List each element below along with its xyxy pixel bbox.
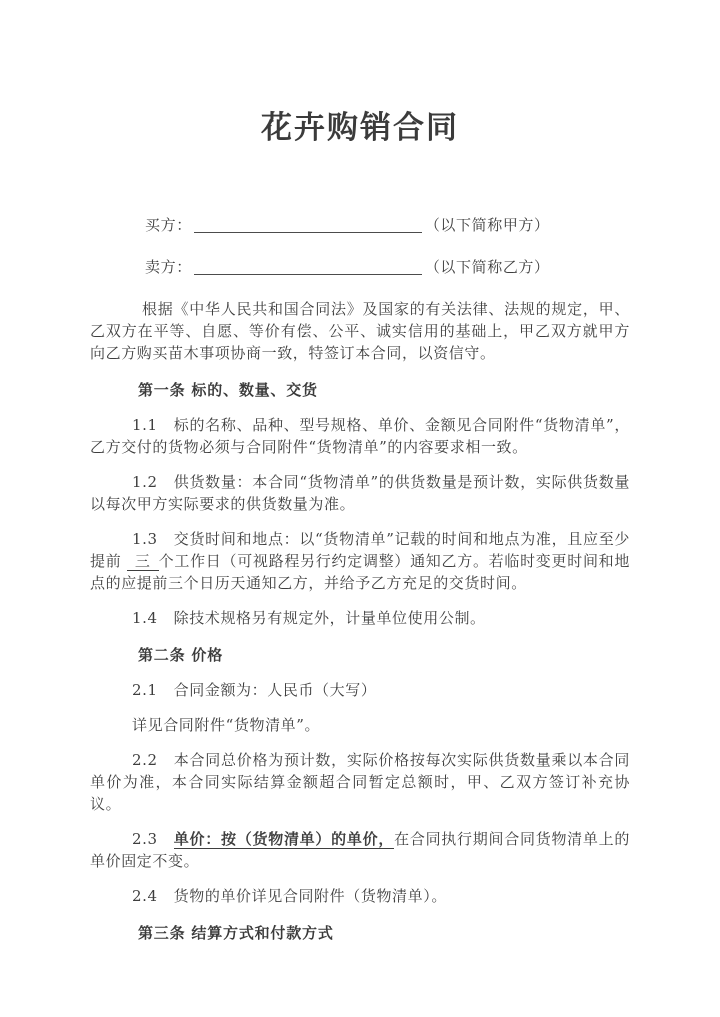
clause-number: 2.4 — [132, 887, 158, 905]
contract-document-page: 花卉购销合同 买方：（以下简称甲方） 卖方：（以下简称乙方） 根据《中华人民共和… — [0, 0, 720, 1017]
clause-2-3: 2.3单价：按（货物清单）的单价，在合同执行期间合同货物清单上的单价固定不变。 — [90, 828, 630, 872]
clause-number: 2.1 — [132, 681, 158, 699]
document-title: 花卉购销合同 — [90, 104, 630, 152]
clause-text: 标的名称、品种、型号规格、单价、金额见合同附件“货物清单”，乙方交付的货物必须与… — [90, 416, 630, 456]
clause-number: 1.3 — [132, 530, 158, 548]
seller-alias: （以下简称乙方） — [425, 258, 550, 276]
clause-text: 个工作日（可视路程另行约定调整）通知乙方。若临时变更时间和地点的应提前三个日历天… — [90, 552, 630, 592]
clause-text: 货物的单价详见合同附件（货物清单）。 — [174, 887, 447, 905]
buyer-alias: （以下简称甲方） — [425, 216, 550, 234]
clause-2-1: 2.1合同金额为：人民币（大写） — [90, 679, 630, 701]
clause-2-1-note: 详见合同附件“货物清单”。 — [90, 714, 630, 736]
clause-text: 详见合同附件“货物清单”。 — [132, 716, 320, 734]
clause-1-1: 1.1标的名称、品种、型号规格、单价、金额见合同附件“货物清单”，乙方交付的货物… — [90, 414, 630, 458]
preamble-paragraph: 根据《中华人民共和国合同法》及国家的有关法律、法规的规定，甲、乙双方在平等、自愿… — [90, 298, 630, 364]
clause-number: 1.2 — [132, 473, 158, 491]
clause-number: 1.4 — [132, 609, 158, 627]
clause-emphasized-text: 单价：按（货物清单）的单价， — [174, 830, 394, 849]
clause-text: 合同金额为：人民币（大写） — [174, 681, 377, 699]
buyer-name-blank — [194, 218, 422, 233]
party-line-buyer: 买方：（以下简称甲方） — [90, 214, 630, 236]
section-heading-1: 第一条 标的、数量、交货 — [90, 379, 630, 401]
section-heading-2: 第二条 价格 — [90, 644, 630, 666]
work-days-blank: 三 — [127, 552, 159, 571]
clause-number: 2.2 — [132, 751, 158, 769]
clause-1-3: 1.3交货时间和地点：以“货物清单”记载的时间和地点为准，且应至少提前 三个工作… — [90, 528, 630, 594]
seller-name-blank — [194, 260, 422, 275]
clause-text: 除技术规格另有规定外，计量单位使用公制。 — [174, 609, 486, 627]
seller-label: 卖方： — [145, 258, 192, 276]
clause-text: 本合同总价格为预计数，实际价格按每次实际供货数量乘以本合同单价为准，本合同实际结… — [90, 751, 630, 813]
clause-text: 供货数量：本合同“货物清单”的供货数量是预计数，实际供货数量以每次甲方实际要求的… — [90, 473, 630, 513]
clause-number: 1.1 — [132, 416, 158, 434]
clause-2-4: 2.4货物的单价详见合同附件（货物清单）。 — [90, 885, 630, 907]
clause-1-2: 1.2供货数量：本合同“货物清单”的供货数量是预计数，实际供货数量以每次甲方实际… — [90, 471, 630, 515]
clause-number: 2.3 — [132, 830, 158, 848]
section-heading-3: 第三条 结算方式和付款方式 — [90, 922, 630, 944]
clause-1-4: 1.4除技术规格另有规定外，计量单位使用公制。 — [90, 607, 630, 629]
clause-2-2: 2.2本合同总价格为预计数，实际价格按每次实际供货数量乘以本合同单价为准，本合同… — [90, 749, 630, 815]
party-line-seller: 卖方：（以下简称乙方） — [90, 256, 630, 278]
buyer-label: 买方： — [145, 216, 192, 234]
